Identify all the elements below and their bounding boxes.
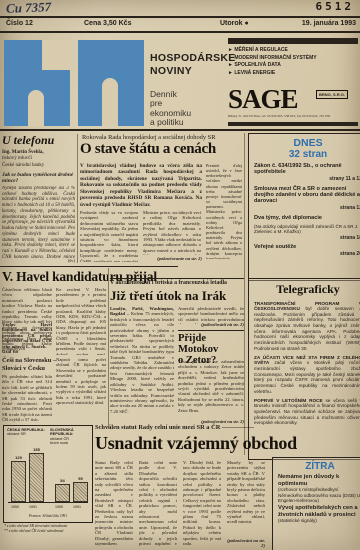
cesi-col-a: Při posledním sčítání lidu žilo v ČR víc… [2,374,52,422]
chart-bar-1950-sr: 54 [56,478,69,502]
column-rule [108,268,109,428]
chart-left-sub: občané SR [7,432,45,436]
main-headline: O stave štátu a cenách [80,141,244,158]
motokov-body: Těsně při místě se zahraničním obchodem … [178,359,244,417]
main-col-b: Minister práce, sociálnych vecí a rodiny… [143,210,201,255]
main-col-a: Predseda vlády sa vo svojom vystúpení za… [80,210,138,262]
chart-right-title: SLOVENSKÁ REPUBLIKA: [50,428,90,437]
havel-col-b: Ke zvolení V. Havla prezidentem je v prv… [56,287,106,355]
u-telefonu-heading: U telefonu [2,133,75,148]
bar-value: 59 [78,476,82,481]
section-rule [0,266,178,267]
ad-bullet-4: LEVNÁ ENERGIE [234,70,275,76]
dnes-item-2: Smlouva mezi ČR a SR o zamezení dvojího … [254,186,360,205]
obchod-continuation: (pokračování na str. 2) [227,538,265,548]
irak-continuation: (pokračování na str. 2) [178,322,244,327]
obchod-col-2: Rada celní unie podle slov V. Dlouhého d… [139,460,177,546]
telegraficky-item-3-lead: POPRVÉ V LETOŠNÍM ROCE [254,398,323,403]
column-rule [244,133,245,455]
handwritten-mark: Cu 7357 [6,0,52,17]
chart-bar-1991-cr: 155 [30,447,43,502]
ad-bullet-list: ► MĚŘENÍ A REGULACE ► MODERNÍ INFORMAČNÍ… [228,47,317,77]
obchod-headline: Usnadnit vzájemný obchod [95,433,350,454]
obchod-kicker-dash: ————— [222,424,254,431]
masthead-rule [0,129,360,131]
logo-letter-h [4,40,70,126]
havel-bold-tail: Václav Havel kandidaturu na funkci prezi… [2,322,52,348]
chart-group-left-title: ČESKÁ REPUBLIKA: občané SR [7,428,45,437]
author-sig: (šv) [2,258,75,263]
infobar-rule [0,31,360,33]
telegraficky-item-1: TRANSFORMAČNÍ PROGRAM V ČESKOSLOVENSKU b… [254,301,360,352]
zitra-item-2: Vývoj spotřebitelských cen a životních n… [278,505,360,518]
irak-headline: Již třetí útok na Irák [110,288,244,304]
telegraficky-item-3: POPRVÉ V LETOŠNÍM ROCE se včera sešli v … [254,398,360,426]
dnes-pagecount: 32 stran [254,149,360,160]
chart-unit: tisíce osob [50,441,90,445]
section-rule [178,330,244,331]
section-rule [110,278,244,279]
dnes-item-4: Veřejné soutěže [254,244,360,250]
ad-bullet-2: MODERNÍ INFORMAČNÍ SYSTÉMY [234,55,316,61]
sage-advertisement: ► MĚŘENÍ A REGULACE ► MODERNÍ INFORMAČNÍ… [228,38,358,130]
telegraficky-item-2-body: začal včera v Moskvě pátý ročník mezinár… [254,360,360,393]
dnes-contents-box: DNES 32 stran Zákon č. 634/1992 Sb., o o… [248,133,360,281]
masthead-name-line1: HOSPODÁRSKE [150,52,236,65]
cesi-heading-line2: Slováci v Česku [2,365,56,373]
chart-bar-1991-sr: 59 [74,476,87,502]
question: Jak se budou vyměňovat drobné mince? [2,172,75,184]
chart-bar-1950-cr: 129 [12,455,25,502]
top-rule [0,16,360,18]
bullet-icon: ► [228,55,233,61]
masthead-tagline: Denník pre ekonomiku a politiku [150,90,191,127]
dnes-item-1-page: strany 11 a 12 [254,177,360,183]
ad-bullet-3: SPOLEHLIVÁ DATA [234,62,280,68]
chart-tick: 1950 [55,505,63,509]
main-col-c: Premiér ďalej uviedol, že v čase nedorie… [206,163,242,259]
ad-top-bar [228,38,358,44]
irak-kicker: V akci tentokrát i britská a francouzská… [110,280,244,286]
dnes-item-3-sub: (Na otázky odpovídají ministři zahraničí… [254,224,360,235]
zitra-title: ZÍTRA [278,461,360,472]
telegraficky-item-2: ZA ÚČASTI VÍCE NEŽ STA FIREM Z CELÉHO SV… [254,355,360,394]
telegraficky-item-1-body: byl dobře sestaven a realizován. Pozitiv… [254,306,360,350]
bullet-icon: ► [228,62,233,68]
chart-tick: 1991 [29,505,37,509]
dnes-item-3-page: strana 18 [254,236,360,242]
chart-footnote-2: ** z toho občané ČR české národnosti [4,529,90,534]
sage-logo-sub: BRNO, S.R.O. [316,90,348,99]
sage-logo: SAGE [228,84,298,115]
bar-value: 54 [60,478,64,483]
main-lead: V bratislavskej vládnej budove sa včera … [80,163,202,207]
cesi-heading: Češi na Slovensku – Slováci v Česku [2,357,56,372]
ad-address: Hlinky 31, 602 00 Brno, tel. 05/320 065,… [228,114,358,118]
newspaper-front-page: Cu 7357 6512 Číslo 12 Cena 3,50 Kčs Utor… [0,0,360,550]
dnes-item-2-page: strana 12 [254,206,360,212]
weekday: Utorok ● [220,20,249,27]
dnes-title: DNES [254,137,360,149]
answer: Nynější zásoba představuje asi 3 % celko… [2,186,75,258]
date: 19. januára 1993 [278,20,356,27]
cesi-col-b: Naproti tomu počet občanů ČR žijících na… [56,357,106,423]
zitra-box: ZÍTRA Nemáme jen důvody k optimismu (roz… [272,457,360,550]
zitra-item-1-sub: (rozhovor s místopředsedkyní Německého o… [278,487,360,503]
population-chart: ČESKÁ REPUBLIKA: občané SR SLOVENSKÁ REP… [3,425,93,523]
main-kicker: Rokovala Rada hospodárskej a sociálnej d… [82,134,215,141]
stamp-number: 6512 [316,0,355,13]
chart-baseline [8,502,88,503]
dnes-item-3: Dva týmy, dvě diplomacie [254,215,360,221]
chart-footnotes: * z toho občané SR slovenské národnosti … [4,524,90,534]
motokov-headline-line1: Přijde Motokov [178,333,244,355]
ad-bullet-1: MĚŘENÍ A REGULACE [234,47,288,53]
price: Cena 3,50 Kčs [84,20,131,27]
obchod-col-3: V. Dlouhý řekl, že tato dohoda se bude d… [183,460,221,546]
irak-col-a: Londýn, Paříž, Washington, Bagdád – Kole… [110,306,174,426]
logo-letter-n [78,40,144,126]
dnes-item-1: Zákon č. 634/1992 Sb., o ochraně spotřeb… [254,163,360,176]
bullet-icon: ► [228,47,233,53]
zitra-item-2-sub: (statistické signály) [278,518,360,523]
bar-value: 129 [15,455,22,460]
obchod-kicker-text: Schválen statut Rady celní unie mezi SR … [95,424,220,431]
masthead-name-line2: NOVINY [150,65,236,78]
main-continuation: (pokračovanie na str. 2) [120,256,202,261]
tagline-4: a politiku [150,118,191,127]
chart-tick: 1950 [11,505,19,509]
irak-body: Kolem 75 amerických, britských a francou… [110,311,174,413]
u-telefonu-section: U telefonu Ing. Martin Švehla, tiskový m… [2,133,75,263]
chart-source: Pramen: Sčítání lidu 1991 [4,514,92,518]
cesi-heading-line1: Češi na Slovensku – [2,357,56,365]
zitra-item-1: Nemáme jen důvody k optimismu [278,474,360,487]
dnes-item-4-page: strana 26 [254,252,360,258]
ad-bottom-bar [228,122,358,126]
masthead-name: HOSPODÁRSKE NOVINY [150,52,236,78]
column-rule [77,134,78,263]
obchod-col-1: Statut Rady celní unie mezi SR a ČR a zř… [95,460,133,546]
graf-label: Graf hn [2,349,18,354]
bullet-icon: ► [228,70,233,76]
obchod-col-4: Musely by se potvrzením stýkat vztahy SR… [227,460,265,538]
bar-value: 155 [33,447,40,452]
chart-group-right-title: SLOVENSKÁ REPUBLIKA: občané ČR tisíce os… [50,428,90,445]
issue-number: Číslo 12 [6,20,33,27]
speaker-org: České národní banky [2,163,75,169]
telegraficky-title: Telegraficky [254,282,360,297]
obchod-kicker: Schválen statut Rady celní unie mezi SR … [95,424,355,431]
chart-tick: 1991 [73,505,81,509]
